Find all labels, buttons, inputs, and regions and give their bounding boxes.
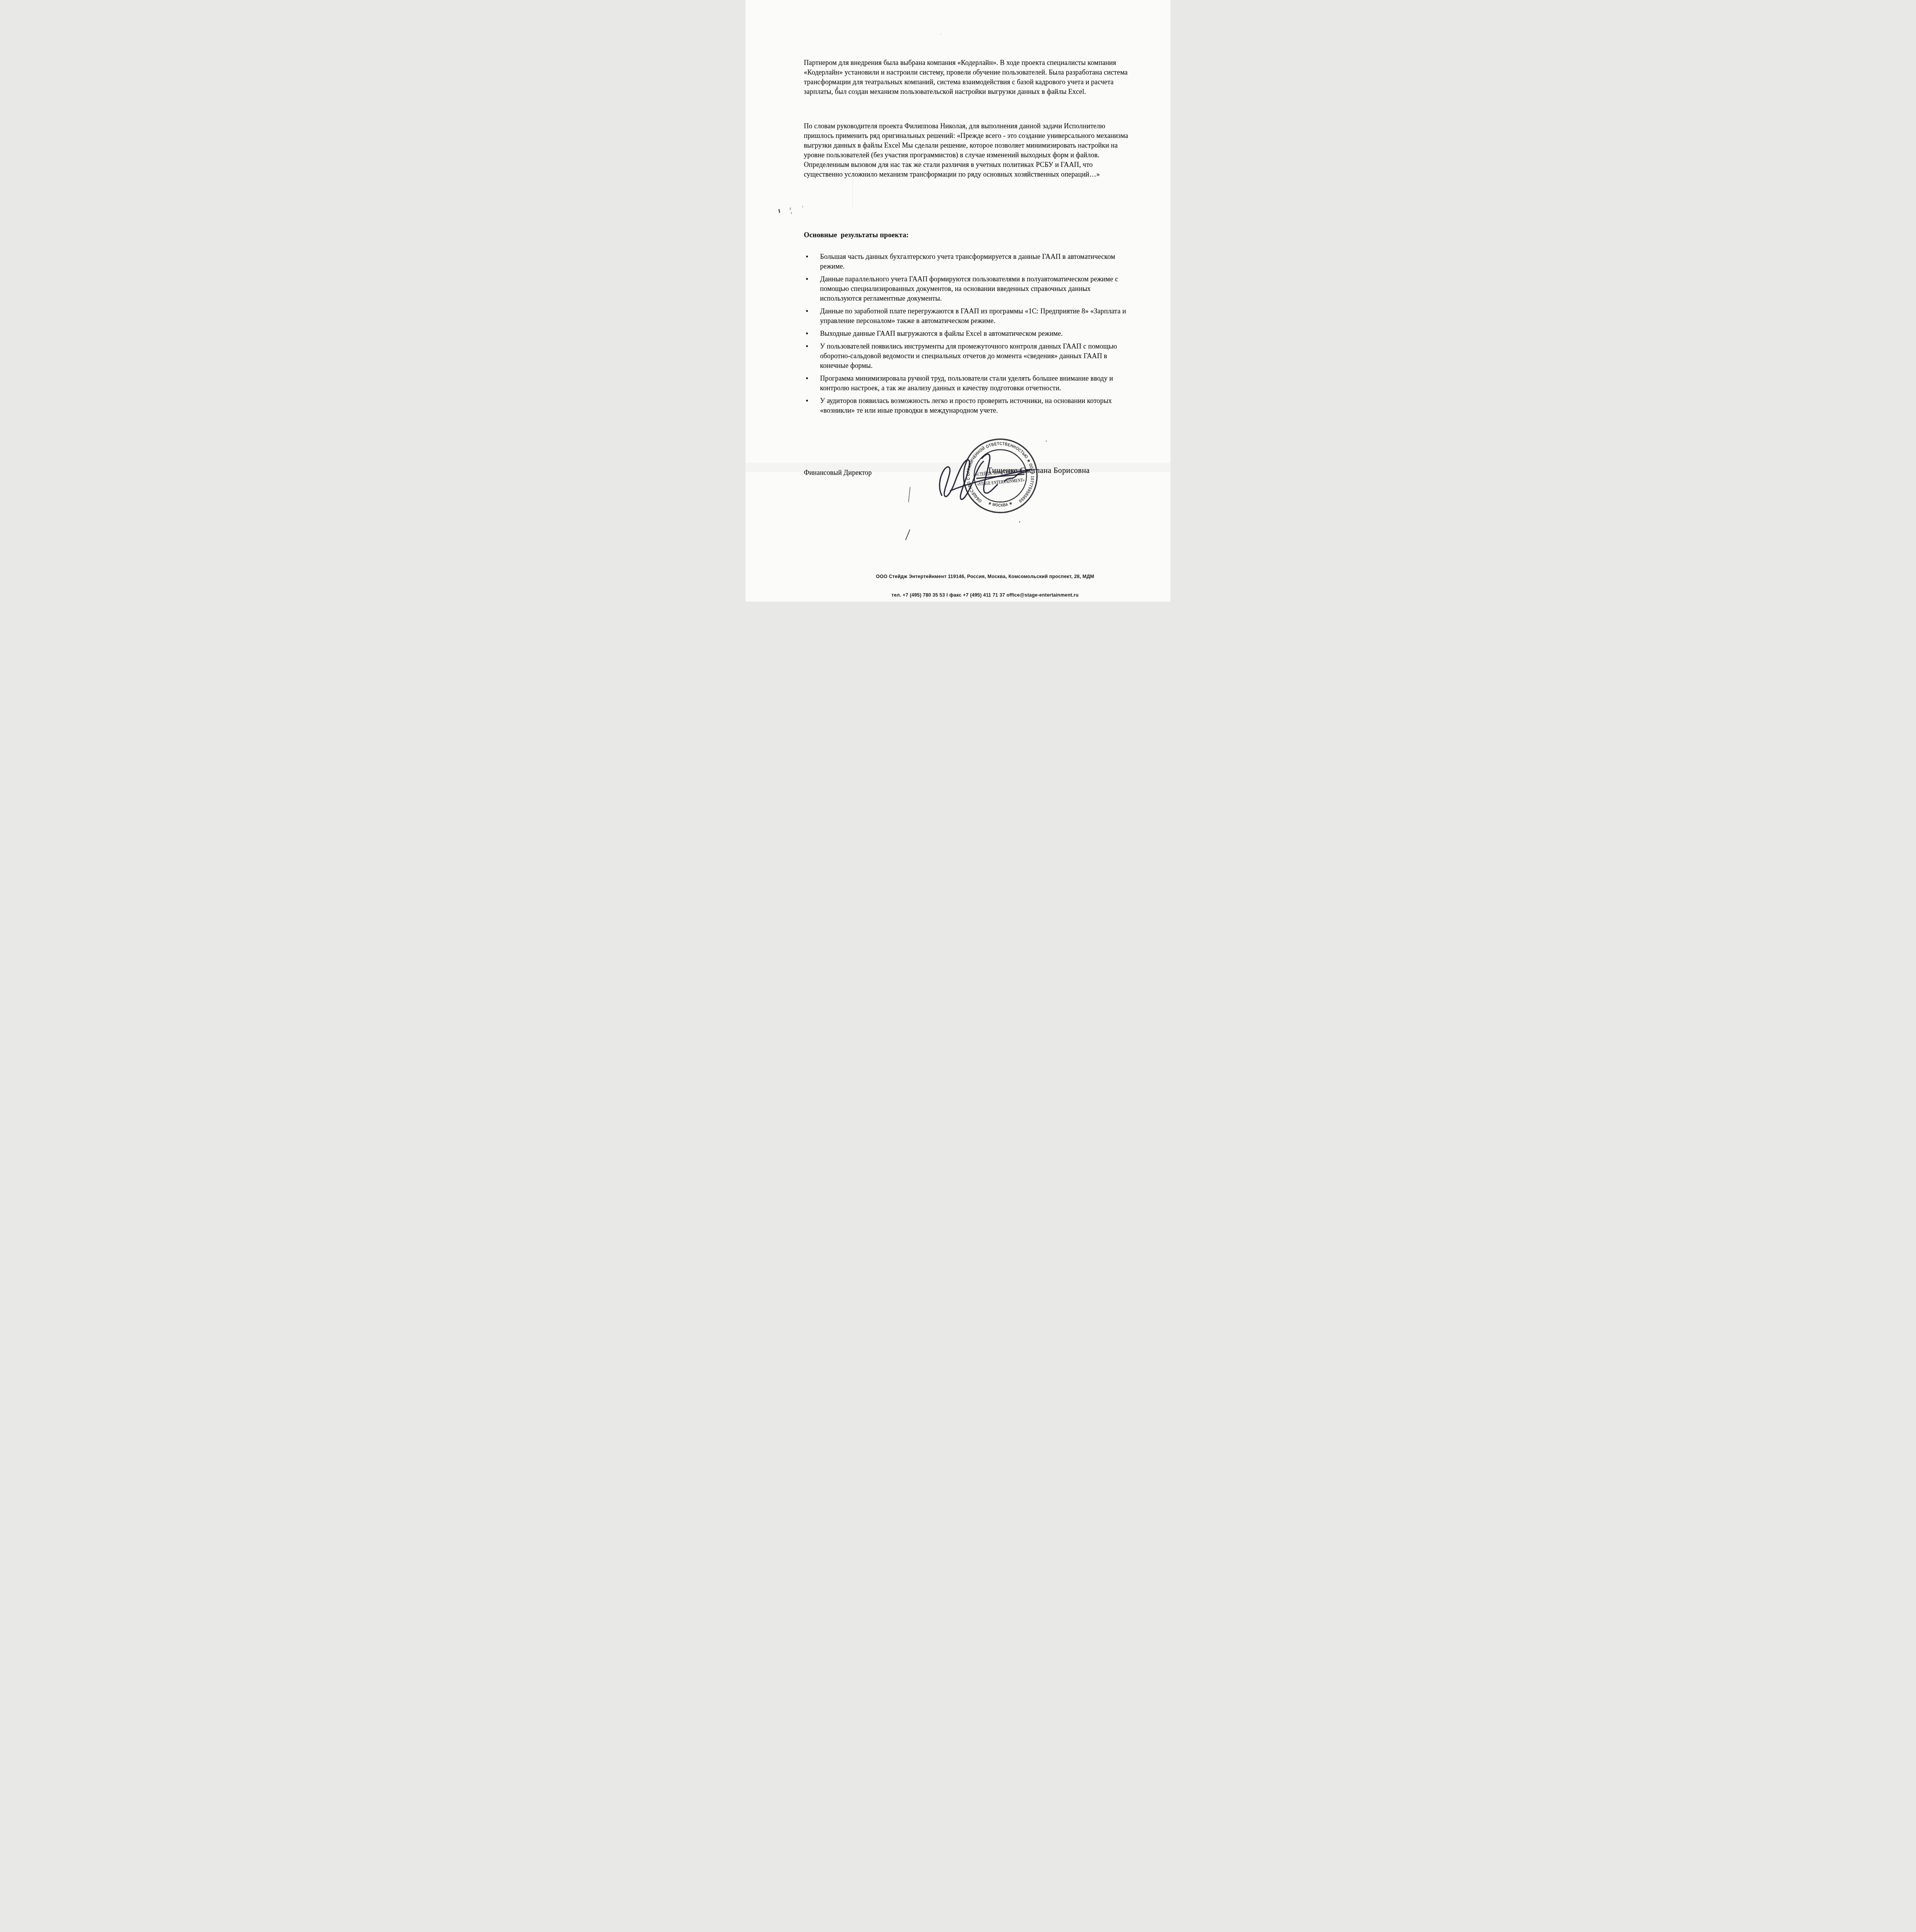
ink-dot: [1046, 440, 1047, 442]
ink-dot: [1019, 521, 1020, 522]
list-item: ● У пользователей появились инструменты …: [804, 342, 1129, 371]
signatory-role: Финансовый Директор: [804, 469, 872, 477]
ink-speck: [802, 206, 803, 207]
footer-address-line: ООО Стейдж Энтертейнмент 119146, Россия,…: [800, 573, 1171, 580]
list-item: ● Данные параллельного учета ГААП формир…: [804, 274, 1129, 303]
ink-speck: [791, 212, 792, 214]
bullet-icon: ●: [804, 342, 820, 371]
paragraph-project-quote: По словам руководителя проекта Филиппова…: [804, 121, 1129, 179]
pen-slash-mark: [905, 529, 910, 541]
bullet-icon: ●: [804, 396, 820, 415]
footer-contacts-line: тел. +7 (495) 780 35 53 I факс +7 (495) …: [800, 592, 1171, 598]
handwritten-signature: [936, 444, 1035, 510]
list-item-text: У аудиторов появилась возможность легко …: [820, 396, 1129, 415]
ink-speck: [790, 207, 791, 210]
ink-speck: [778, 209, 780, 213]
scanner-streak: [853, 175, 853, 209]
list-item-text: Большая часть данных бухгалтерского учет…: [820, 252, 1129, 271]
results-heading: Основные результаты проекта:: [804, 231, 1129, 240]
list-item-text: У пользователей появились инструменты дл…: [820, 342, 1129, 371]
list-item: ● Программа минимизировала ручной труд, …: [804, 374, 1129, 393]
results-list: ● Большая часть данных бухгалтерского уч…: [804, 252, 1129, 418]
bullet-icon: ●: [804, 252, 820, 271]
list-item-text: Программа минимизировала ручной труд, по…: [820, 374, 1129, 393]
ink-dot: [940, 34, 941, 34]
list-item: ● У аудиторов появилась возможность легк…: [804, 396, 1129, 415]
list-item: ● Большая часть данных бухгалтерского уч…: [804, 252, 1129, 271]
list-item-text: Выходные данные ГААП выгружаются в файлы…: [820, 329, 1129, 338]
bullet-icon: ●: [804, 274, 820, 303]
list-item: ● Данные по заработной плате перегружают…: [804, 306, 1129, 326]
bullet-icon: ●: [804, 306, 820, 326]
paragraph-implementation: Партнером для внедрения была выбрана ком…: [804, 58, 1129, 97]
scanned-letter-page: Партнером для внедрения была выбрана ком…: [745, 0, 1171, 602]
signature-spike: [982, 454, 997, 493]
bullet-icon: ●: [804, 374, 820, 393]
list-item-text: Данные параллельного учета ГААП формирую…: [820, 274, 1129, 303]
bullet-icon: ●: [804, 329, 820, 338]
company-footer: ООО Стейдж Энтертейнмент 119146, Россия,…: [800, 561, 1171, 602]
list-item: ● Выходные данные ГААП выгружаются в фай…: [804, 329, 1129, 338]
signature-loops: [939, 460, 984, 500]
list-item-text: Данные по заработной плате перегружаются…: [820, 306, 1129, 326]
pen-stroke-mark: [908, 487, 910, 502]
